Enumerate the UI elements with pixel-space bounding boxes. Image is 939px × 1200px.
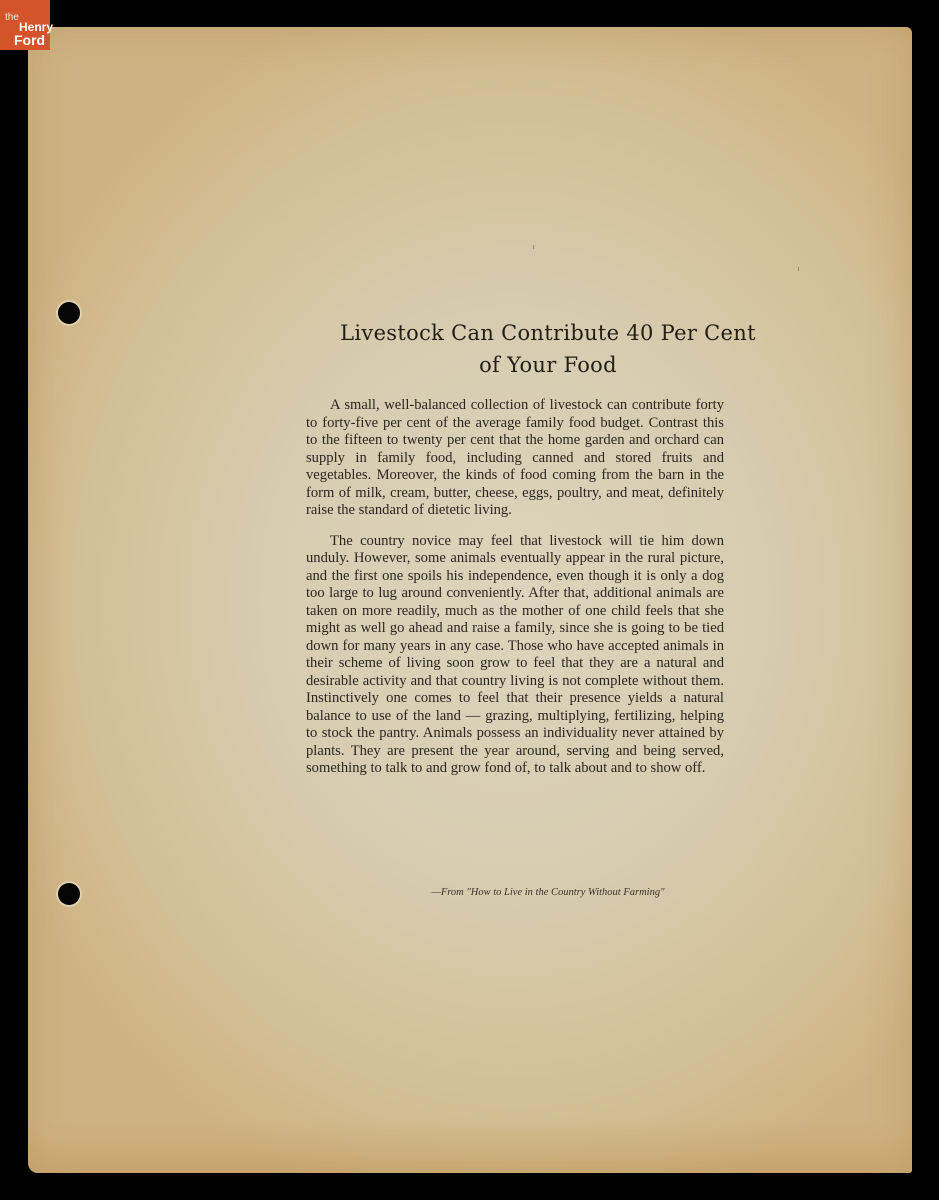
title-line-1: Livestock Can Contribute 40 Per Cent — [298, 317, 798, 349]
punch-hole-bottom — [58, 883, 80, 905]
punch-hole-top — [58, 302, 80, 324]
paragraph-1: A small, well-balanced collection of liv… — [306, 397, 724, 520]
title-line-2: of Your Food — [298, 349, 798, 381]
paper-speck — [798, 267, 799, 271]
document-page: Livestock Can Contribute 40 Per Cent of … — [28, 27, 912, 1173]
document-body: A small, well-balanced collection of liv… — [306, 397, 724, 791]
source-attribution: —From "How to Live in the Country Withou… — [298, 887, 798, 898]
logo-ford: Ford — [14, 32, 45, 48]
paragraph-2: The country novice may feel that livesto… — [306, 533, 724, 778]
paper-speck — [533, 245, 534, 249]
logo-the: the — [5, 12, 19, 23]
henry-ford-logo: the Henry Ford — [0, 0, 50, 50]
document-title: Livestock Can Contribute 40 Per Cent of … — [298, 317, 798, 381]
